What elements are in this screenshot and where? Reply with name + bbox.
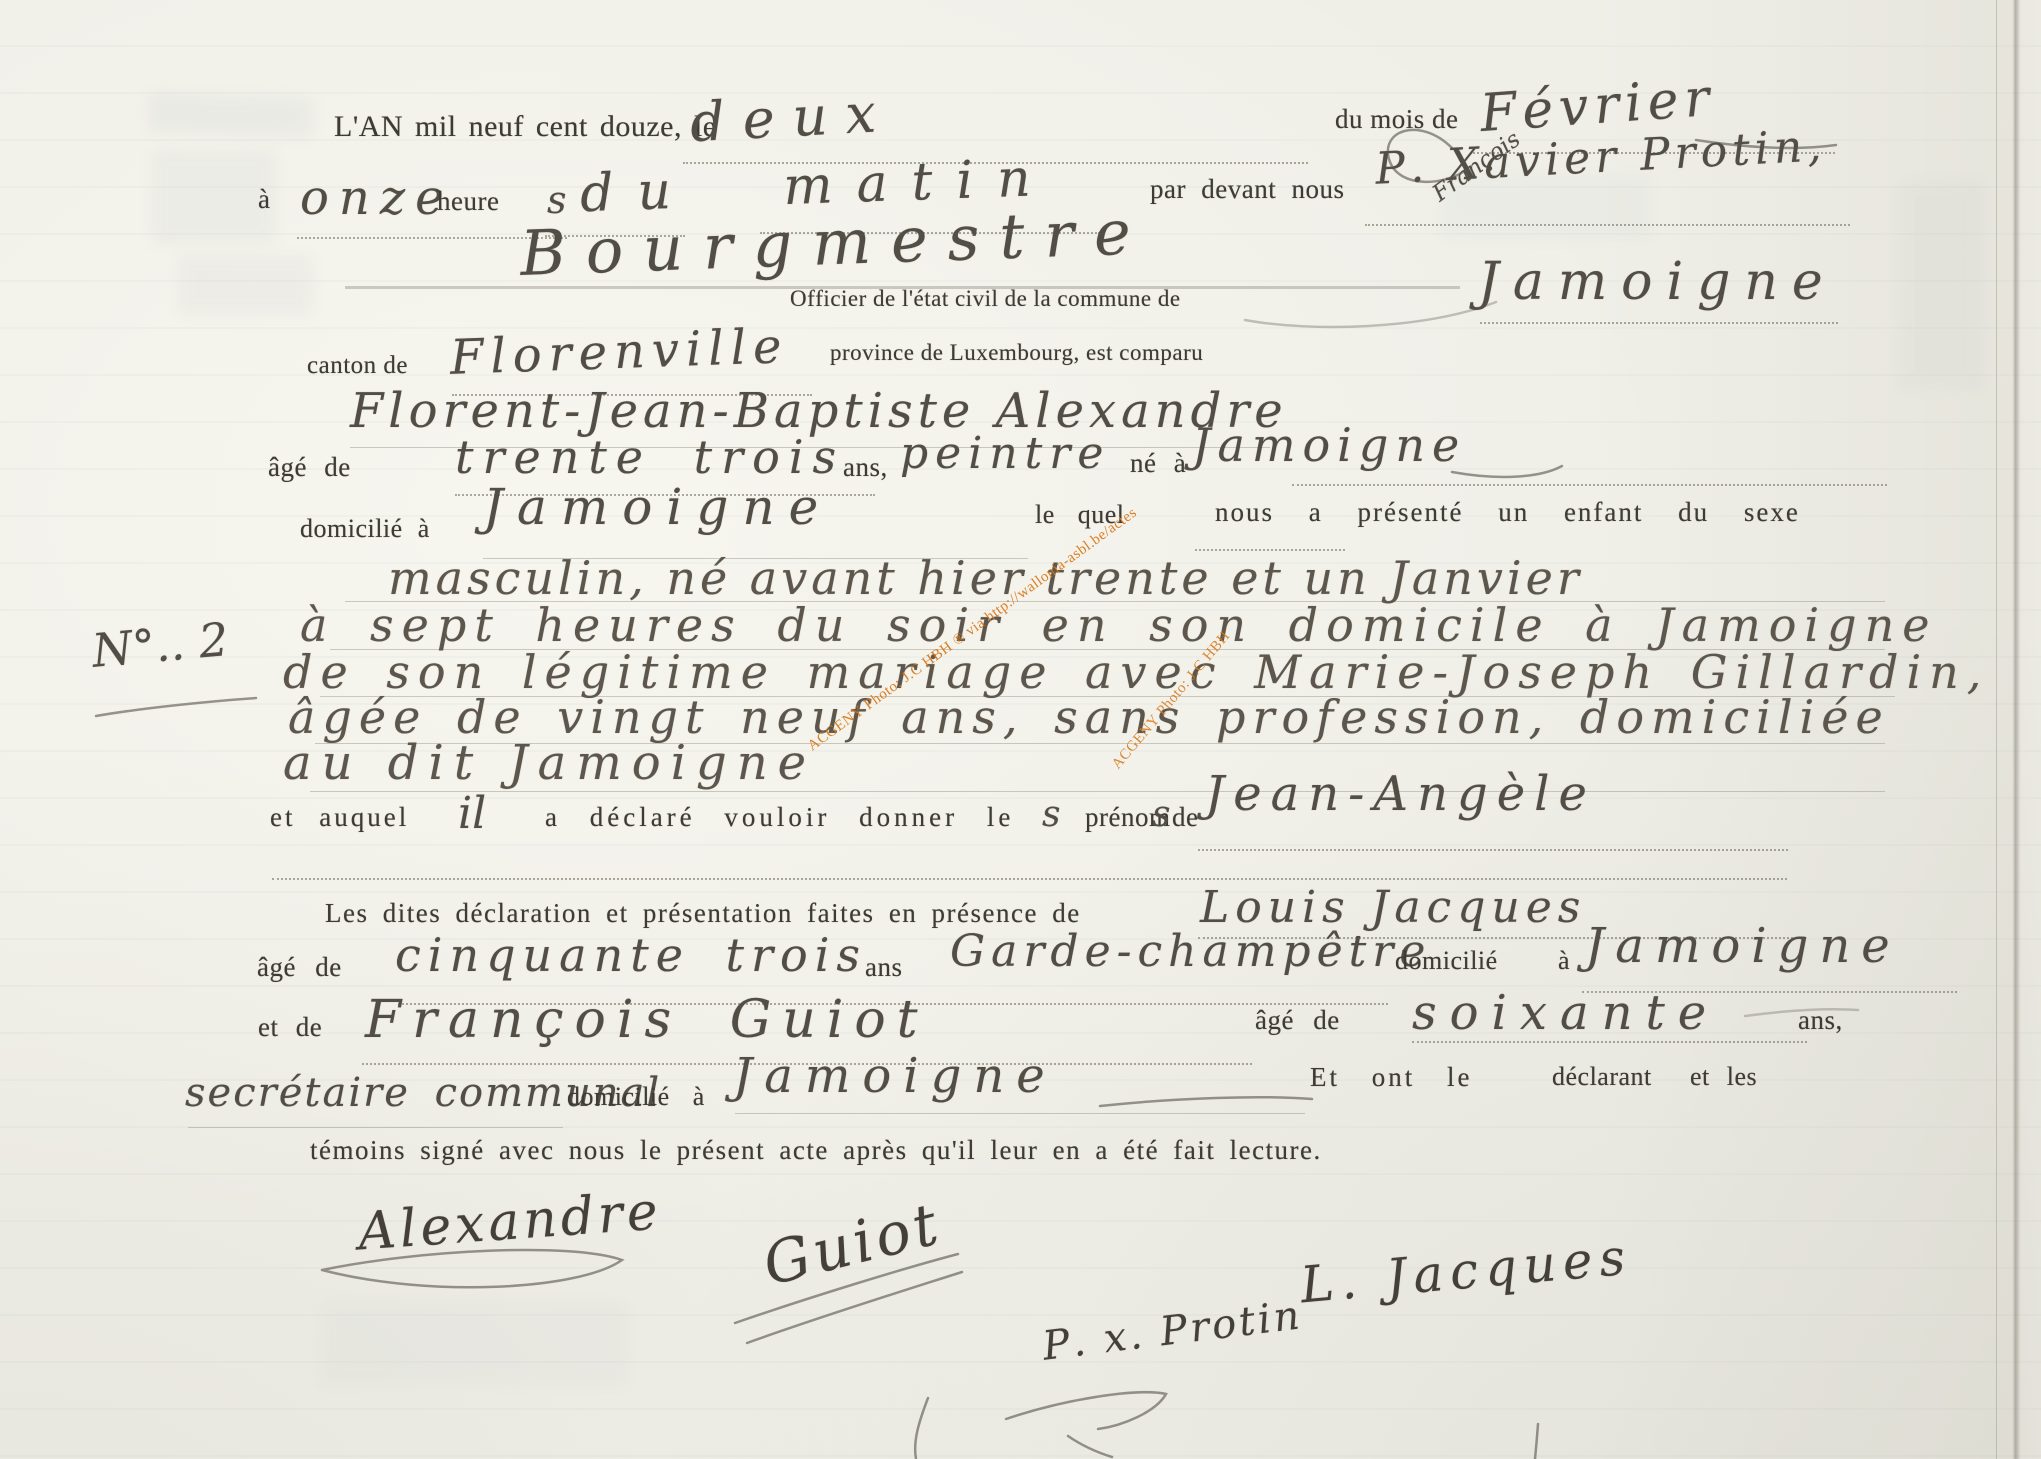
form-rule [310, 791, 1885, 792]
printed-text: province de Luxembourg, est comparu [830, 340, 1203, 366]
printed-text: canton de [307, 352, 408, 380]
printed-text: a déclaré vouloir donner le [545, 802, 1014, 833]
signature-witness2: Guiot [756, 1189, 948, 1299]
form-rule [1412, 1041, 1807, 1043]
hw-residence: Jamoigne [483, 478, 832, 536]
hw-birthplace: Jamoigne [1192, 418, 1466, 472]
bleedthrough-ghost [320, 1300, 630, 1385]
hw-witness2-residence: Jamoigne [733, 1048, 1057, 1104]
hw-il: il [458, 788, 486, 839]
hw-witness2-age: soixante [1412, 985, 1719, 1041]
hw-commune: Jamoigne [1478, 252, 1837, 312]
form-rule [272, 878, 1787, 880]
hw-tail-stroke [1100, 1097, 1312, 1106]
printed-text: âgé de [268, 452, 351, 483]
printed-text: Et ont le [1310, 1062, 1472, 1093]
hw-declarant-profession: peintre [900, 428, 1110, 479]
printed-text: du mois de [1335, 104, 1459, 135]
page-edge-line [1996, 0, 1997, 1459]
hw-body-line: masculin, né avant hier trente et un Jan… [388, 551, 1583, 605]
form-rule [1365, 224, 1850, 226]
signature-flourish [1006, 1392, 1166, 1429]
bleedthrough-ghost [1898, 180, 1983, 390]
signature-officer: P. x. Protin [1040, 1292, 1305, 1369]
hw-plural-s: s [1152, 794, 1170, 835]
hw-tail-stroke [1245, 302, 1496, 327]
printed-text: et les [1690, 1062, 1757, 1092]
printed-text: Les dites déclaration et présentation fa… [325, 898, 1081, 929]
hw-child-names: Jean-Angèle [1205, 766, 1596, 822]
form-rule [735, 1113, 1305, 1114]
printed-text: nous a présenté un enfant du sexe [1215, 497, 1800, 528]
bleedthrough-ghost [178, 255, 313, 315]
hw-witness1-residence: Jamoigne [1585, 918, 1901, 974]
printed-text: âgé de [1255, 1005, 1340, 1036]
printed-text: né à [1130, 448, 1186, 479]
form-rule [188, 1127, 563, 1128]
printed-text: ans, [1798, 1005, 1843, 1036]
printed-text: à [1558, 946, 1570, 976]
printed-text: ans [865, 952, 903, 983]
stray-stroke [915, 1398, 928, 1459]
margin-number-underline [96, 698, 256, 716]
signature-declarant: Alexandre [356, 1181, 663, 1262]
act-number: N°.. 2 [90, 612, 231, 678]
bleedthrough-ghost [147, 92, 313, 138]
printed-text: par devant nous [1150, 174, 1344, 205]
hw-witness2-name: François Guiot [365, 990, 929, 1050]
hw-witness1-profession: Garde-champêtre [950, 926, 1431, 977]
printed-text: domicilié [1395, 946, 1498, 976]
hw-body-line: au dit Jamoigne [283, 735, 816, 791]
signature-witness1: L. Jacques [1298, 1228, 1634, 1315]
hw-hour: onze [300, 170, 454, 226]
printed-text: domicilié à [567, 1082, 705, 1112]
printed-text: âgé de [257, 952, 342, 983]
hw-body-line: à sept heures du soir en son domicile à … [300, 598, 1937, 652]
hw-plural-s: s [1042, 794, 1060, 835]
hw-day: deux [688, 81, 895, 155]
birth-certificate-scan: N°.. 2 L'AN mil neuf cent douze, le deux… [0, 0, 2041, 1459]
form-rule [1198, 849, 1788, 851]
printed-text: à [258, 184, 270, 215]
printed-text: ans, [843, 452, 888, 483]
form-rule [1480, 322, 1838, 324]
hw-declarant-age: trente trois [455, 430, 845, 484]
hw-witness1-age: cinquante trois [395, 928, 867, 982]
printed-text: Officier de l'état civil de la commune d… [790, 286, 1181, 312]
printed-text: et auquel [270, 802, 409, 833]
printed-text: déclarant [1552, 1062, 1652, 1092]
printed-text: de [1172, 802, 1198, 833]
stray-stroke [1535, 1424, 1538, 1459]
printed-text: domicilié à [300, 514, 430, 544]
hw-tail-stroke [1452, 466, 1562, 477]
printed-text: témoins signé avec nous le présent acte … [310, 1135, 1322, 1166]
stray-stroke [1068, 1436, 1112, 1457]
printed-text: et de [258, 1012, 322, 1043]
form-rule [1292, 484, 1887, 486]
hw-canton: Florenville [449, 318, 789, 386]
printed-text: L'AN mil neuf cent douze, le [334, 110, 717, 144]
printed-text: heure [437, 186, 499, 217]
